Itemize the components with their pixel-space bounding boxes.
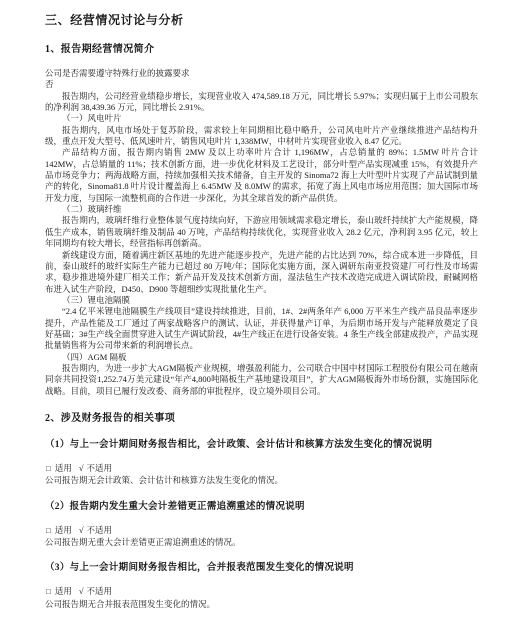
report-page: 三、经营情况讨论与分析 1、报告期经营情况简介 公司是否需要遵守特殊行业的披露要… bbox=[0, 0, 520, 628]
glass-fiber-paragraph-1: 报告期内，玻璃纤维行业整体景气度持续向好，下游应用领域需求稳定增长，泰山玻纤持续… bbox=[45, 215, 478, 249]
section-1-heading: 1、报告期经营情况简介 bbox=[45, 44, 478, 56]
applicable-label: 适用 bbox=[55, 525, 72, 535]
segment-heading-wind-blade: （一）风电叶片 bbox=[45, 113, 478, 124]
checkbox-icon: □ bbox=[46, 587, 51, 596]
check-icon: √ bbox=[79, 463, 84, 473]
not-applicable-label: 不适用 bbox=[87, 525, 113, 535]
item-2-applicability-row: □适用√不适用 bbox=[46, 525, 478, 536]
agm-paragraph: 报告期内，为进一步扩大AGM隔板产业规模，增强盈利能力，公司联合中国中材国际工程… bbox=[45, 363, 478, 397]
section-2-heading: 2、涉及财务报告的相关事项 bbox=[45, 413, 478, 425]
checkbox-icon: □ bbox=[46, 464, 51, 473]
segment-heading-glass-fiber: （二）玻璃纤维 bbox=[45, 204, 478, 215]
doc-title: 三、经营情况讨论与分析 bbox=[45, 13, 478, 27]
wind-blade-paragraph-2: 产品结构方面，报告期内销售 2MW 及以上功率叶片合计 1,196MW，占总销量… bbox=[45, 147, 478, 204]
applicable-label: 适用 bbox=[55, 586, 72, 596]
not-applicable-label: 不适用 bbox=[87, 463, 113, 473]
battery-separator-paragraph: “2.4 亿平米锂电池隔膜生产线项目”建设持续推进，目前，1#、2#两条年产 6… bbox=[45, 306, 478, 351]
check-icon: √ bbox=[79, 525, 84, 535]
segment-heading-battery-separator: （三）锂电池隔膜 bbox=[45, 295, 478, 306]
wind-blade-paragraph-1: 报告期内，风电市场处于复苏阶段，需求较上年同期相比稳中略升，公司风电叶片产业继续… bbox=[45, 125, 478, 148]
item-3-statement: 公司报告期无合并报表范围发生变化的情况。 bbox=[45, 599, 478, 610]
item-3-applicability-row: □适用√不适用 bbox=[46, 586, 478, 597]
disclosure-question: 公司是否需要遵守特殊行业的披露要求 bbox=[45, 68, 478, 79]
item-1-applicability-row: □适用√不适用 bbox=[46, 463, 478, 474]
item-1-heading: （1）与上一会计期间财务报告相比，会计政策、会计估计和核算方法发生变化的情况说明 bbox=[45, 439, 478, 451]
check-icon: √ bbox=[79, 586, 84, 596]
overview-paragraph: 报告期内，公司经营业绩稳步增长，实现营业收入 474,589.18 万元，同比增… bbox=[45, 91, 478, 114]
segment-heading-agm: （四）AGM 隔板 bbox=[45, 352, 478, 363]
item-1-statement: 公司报告期无会计政策、会计估计和核算方法发生变化的情况。 bbox=[45, 475, 478, 486]
checkbox-icon: □ bbox=[46, 526, 51, 535]
glass-fiber-paragraph-2: 新线建设方面，随着满庄新区基地的先进产能逐步投产，先进产能的占比达到 70%，综… bbox=[45, 250, 478, 295]
applicable-label: 适用 bbox=[55, 463, 72, 473]
disclosure-answer: 否 bbox=[45, 79, 478, 90]
item-3-heading: （3）与上一会计期间财务报告相比，合并报表范围发生变化的情况说明 bbox=[45, 562, 478, 574]
item-2-heading: （2）报告期内发生重大会计差错更正需追溯重述的情况说明 bbox=[45, 501, 478, 513]
not-applicable-label: 不适用 bbox=[87, 586, 113, 596]
item-2-statement: 公司报告期无重大会计差错更正需追溯重述的情况。 bbox=[45, 537, 478, 548]
